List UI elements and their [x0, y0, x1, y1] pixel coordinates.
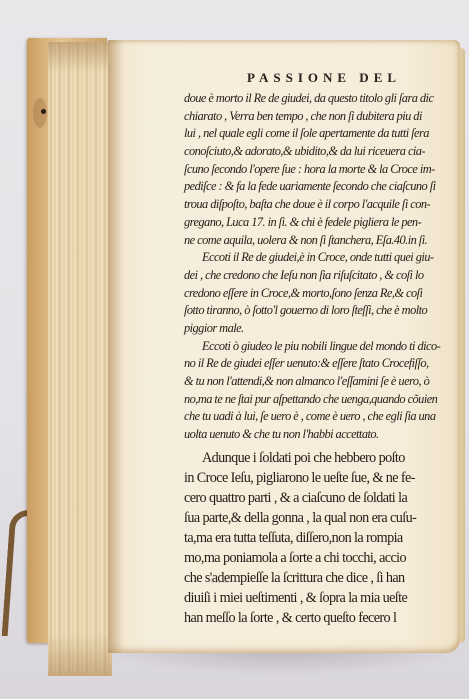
text-line: in Croce Ieſu, pigliarono le ueſte ſue, …: [184, 468, 459, 488]
text-line: chiarato , Verra ben tempo , che non ſi …: [184, 108, 459, 126]
text-line: ſua parte,& della gonna , la qual non er…: [184, 508, 459, 528]
text-line: uolta uenuto & che tu non l'habbi accett…: [184, 426, 459, 444]
text-line: ſcuno ſecondo l'opere ſue : hora la mort…: [184, 161, 459, 179]
text-line: che tu uadi à lui, ſe uero è , come è ue…: [184, 408, 459, 426]
text-line: conoſciuto,& adorato,& ubidito,& da lui …: [184, 143, 459, 161]
bleed-through-text: ch 2: [210, 574, 229, 586]
text-line: & tu non l'attendi,& non almanco l'eſſam…: [184, 373, 459, 391]
paragraph-start-line: Eccoti il Re de giudei,è in Croce, onde …: [184, 249, 459, 267]
text-line: pediſce : & fa la fede uariamente ſecond…: [184, 178, 459, 196]
text-line: diuiſi i miei ueſtimenti , & ſopra la mi…: [184, 588, 459, 608]
text-line: gregano, Luca 17. in ſi. & chi è fedele …: [184, 214, 459, 232]
ink-spot: [41, 109, 46, 114]
text-line: mo,ma poniamola a ſorte a chi tocchi, ac…: [184, 548, 459, 568]
text-line: credono eſſere in Croce,& morto,ſono ſen…: [184, 285, 459, 303]
text-line: piggior male.: [184, 320, 459, 338]
text-line: han meſſo la ſorte , & certo queſto fece…: [184, 608, 459, 628]
running-head: PASSIONE DEL: [247, 70, 401, 86]
text-line: no,ma te ne ſtai pur aſpettando che ueng…: [184, 391, 459, 409]
paragraph-start-line: Eccoti ò giudeo le piu nobili lingue del…: [184, 338, 459, 356]
text-line: troua diſpoſto, baſta che doue è il corp…: [184, 196, 459, 214]
page-gutter-shadow: [108, 40, 124, 653]
page-text: doue è morto il Re de giudei, da questo …: [184, 90, 459, 628]
text-line: lui , nel quale egli come il ſole aperta…: [184, 125, 459, 143]
text-line: ne come aquila, uolera & non ſi ſtancher…: [184, 232, 459, 250]
text-line: dei , che credono che Ieſu non ſia riſuſ…: [184, 267, 459, 285]
text-line: ſotto tiranno, ò ſotto'l gouerno di loro…: [184, 302, 459, 320]
text-line: ta,ma era tutta teſſuta, diſſero,non la …: [184, 528, 459, 548]
text-line: cero quattro parti , & a ciaſcuno de ſol…: [184, 488, 459, 508]
paragraph-start-line: Adunque i ſoldati poi che hebbero poſto: [184, 448, 459, 468]
text-line: doue è morto il Re de giudei, da questo …: [184, 90, 459, 108]
page-fore-edge: [48, 42, 112, 676]
text-line: no il Re de giudei eſſer uenuto:& eſſere…: [184, 355, 459, 373]
